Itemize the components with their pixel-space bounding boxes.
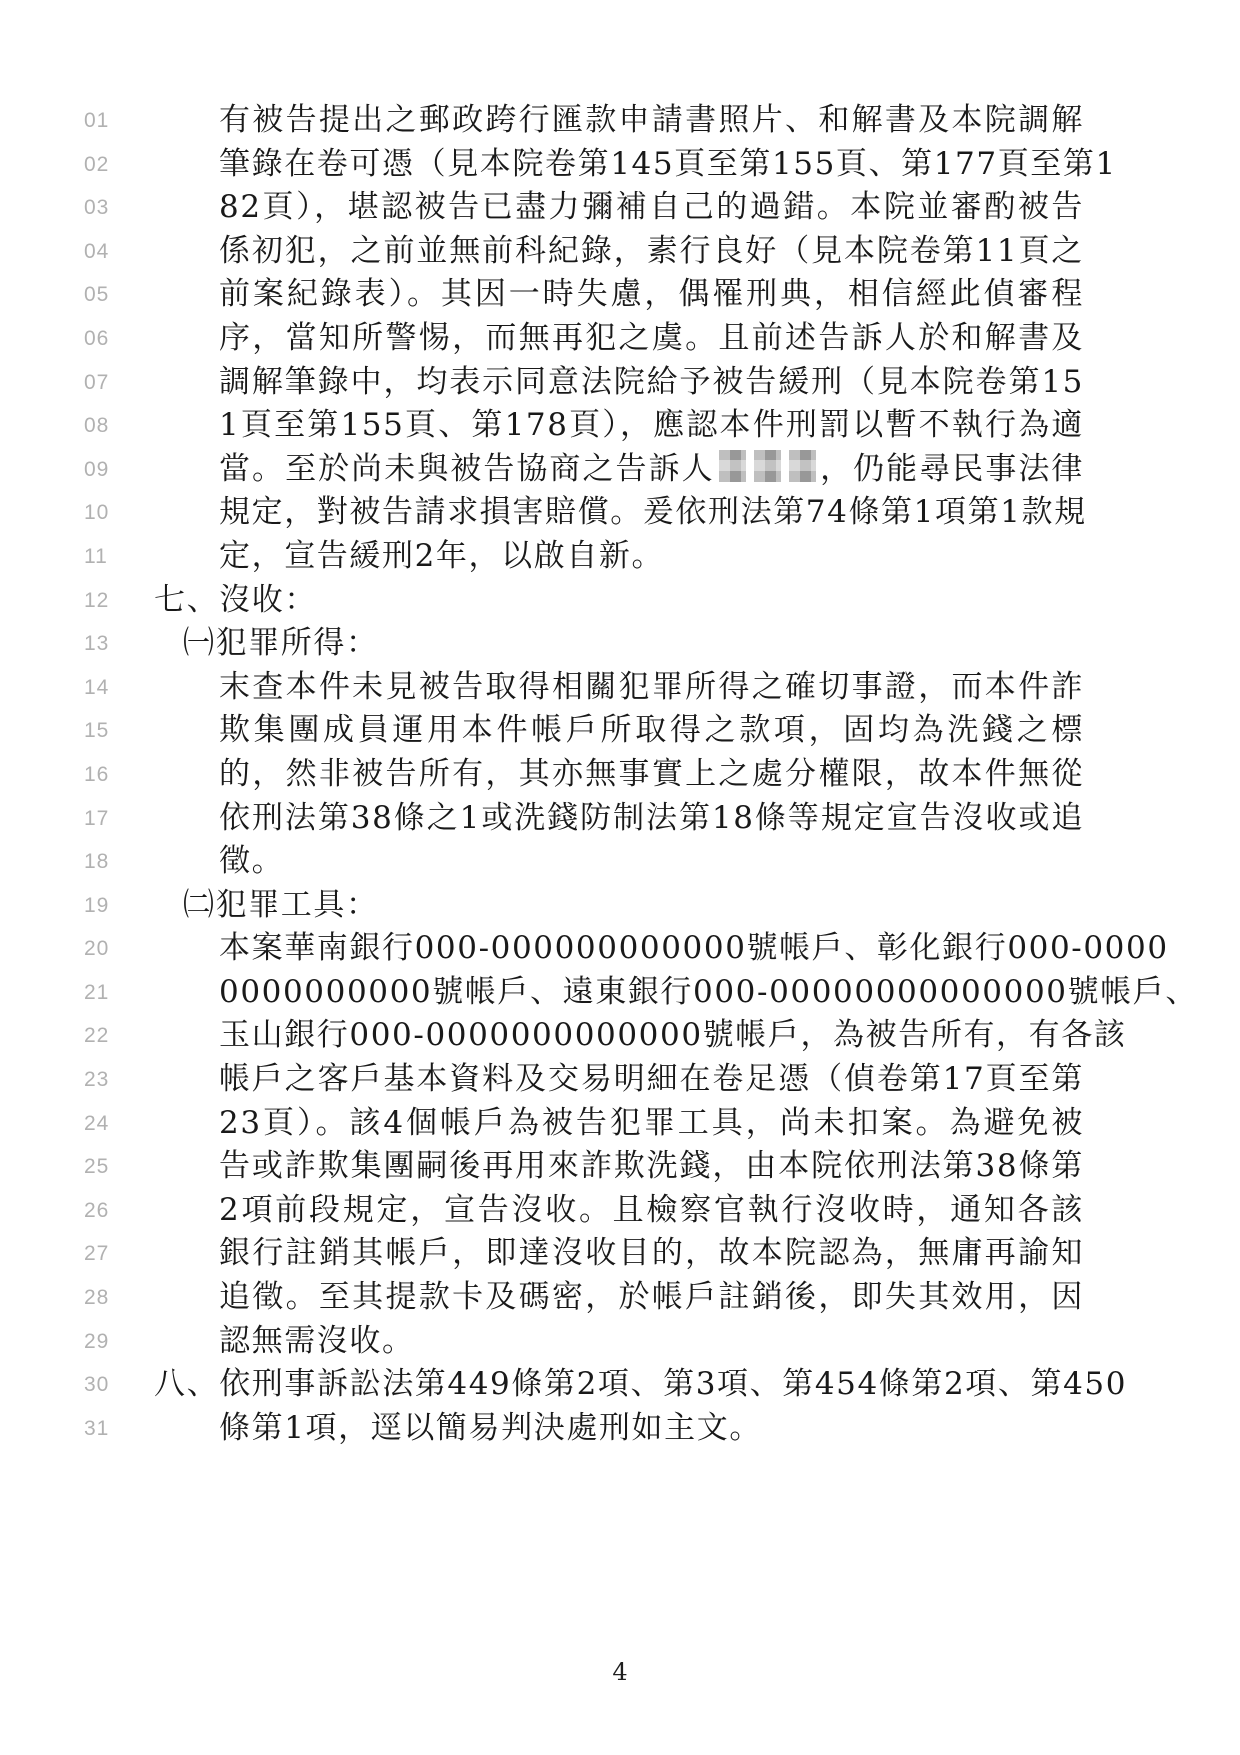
document-line: 30八、依刑事訴訟法第449條第2項、第3項、第454條第2項、第450 [0,1363,1240,1407]
line-text: 的，然非被告所有，其亦無事實上之處分權限，故本件無從 [219,753,1084,797]
line-number: 04 [84,230,109,274]
line-text: 筆錄在卷可憑（見本院卷第145頁至第155頁、第177頁至第1 [219,143,1084,187]
line-number: 10 [84,491,109,535]
document-line: 31條第1項，逕以簡易判決處刑如主文。 [0,1407,1240,1451]
document-line: 23帳戶之客戶基本資料及交易明細在卷足憑（偵卷第17頁至第 [0,1058,1240,1102]
document-line: 0382頁），堪認被告已盡力彌補自己的過錯。本院並審酌被告 [0,186,1240,230]
line-text: 欺集團成員運用本件帳戶所取得之款項，固均為洗錢之標 [219,709,1084,753]
line-number: 07 [84,361,109,405]
document-line: 2423頁）。該4個帳戶為被告犯罪工具，尚未扣案。為避免被 [0,1102,1240,1146]
line-number: 01 [84,99,109,143]
judgment-document-page: 01有被告提出之郵政跨行匯款申請書照片、和解書及本院調解02筆錄在卷可憑（見本院… [0,0,1240,1755]
line-number: 22 [84,1014,109,1058]
line-text: 告或詐欺集團嗣後再用來詐欺洗錢，由本院依刑法第38條第 [219,1145,1084,1189]
line-number: 26 [84,1189,109,1233]
line-text: 玉山銀行000-0000000000000號帳戶，為被告所有，有各該 [219,1014,1084,1058]
line-text-segment: 當。至於尚未與被告協商之告訴人 [219,451,715,487]
line-number: 02 [84,143,109,187]
line-text: 0000000000號帳戶、遠東銀行000-00000000000000號帳戶、 [219,971,1084,1015]
document-line: 18徵。 [0,840,1240,884]
line-number: 23 [84,1058,109,1102]
redacted-name-block [719,450,746,482]
line-number: 13 [84,622,109,666]
line-number: 12 [84,579,109,623]
line-text: 銀行註銷其帳戶，即達沒收目的，故本院認為，無庸再諭知 [219,1232,1084,1276]
line-text: 82頁），堪認被告已盡力彌補自己的過錯。本院並審酌被告 [219,186,1084,230]
document-line: 02筆錄在卷可憑（見本院卷第145頁至第155頁、第177頁至第1 [0,143,1240,187]
document-line: 262項前段規定，宣告沒收。且檢察官執行沒收時，通知各該 [0,1189,1240,1233]
line-number: 20 [84,927,109,971]
line-number: 05 [84,273,109,317]
line-text: 前案紀錄表）。其因一時失慮，偶罹刑典，相信經此偵審程 [219,273,1084,317]
line-text: 七、沒收： [154,579,317,623]
line-number: 30 [84,1363,109,1407]
line-text-segment: ，仍能尋民事法律 [820,451,1084,487]
line-number: 28 [84,1276,109,1320]
line-number: 19 [84,884,109,928]
line-text: 23頁）。該4個帳戶為被告犯罪工具，尚未扣案。為避免被 [219,1102,1084,1146]
line-number: 11 [84,535,108,579]
redacted-name-block [789,450,816,482]
line-text: 定，宣告緩刑2年，以啟自新。 [219,535,664,579]
line-number: 17 [84,797,109,841]
document-lines-container: 01有被告提出之郵政跨行匯款申請書照片、和解書及本院調解02筆錄在卷可憑（見本院… [0,99,1240,1450]
line-text: 追徵。至其提款卡及碼密，於帳戶註銷後，即失其效用，因 [219,1276,1084,1320]
document-line: 22玉山銀行000-0000000000000號帳戶，為被告所有，有各該 [0,1014,1240,1058]
line-number: 24 [84,1102,109,1146]
line-text: 調解筆錄中，均表示同意法院給予被告緩刑（見本院卷第15 [219,361,1084,405]
line-text: 八、依刑事訴訟法第449條第2項、第3項、第454條第2項、第450 [154,1363,1084,1407]
document-line: 28追徵。至其提款卡及碼密，於帳戶註銷後，即失其效用，因 [0,1276,1240,1320]
line-number: 08 [84,404,109,448]
document-line: 13㈠犯罪所得： [0,622,1240,666]
document-line: 11定，宣告緩刑2年，以啟自新。 [0,535,1240,579]
line-text: 依刑法第38條之1或洗錢防制法第18條等規定宣告沒收或追 [219,797,1084,841]
document-line: 17依刑法第38條之1或洗錢防制法第18條等規定宣告沒收或追 [0,797,1240,841]
document-line: 10規定，對被告請求損害賠償。爰依刑法第74條第1項第1款規 [0,491,1240,535]
line-text: 1頁至第155頁、第178頁），應認本件刑罰以暫不執行為適 [219,404,1084,448]
line-number: 18 [84,840,109,884]
document-line: 09當。至於尚未與被告協商之告訴人，仍能尋民事法律 [0,448,1240,492]
line-text: 係初犯，之前並無前科紀錄，素行良好（見本院卷第11頁之 [219,230,1084,274]
document-line: 19㈡犯罪工具： [0,884,1240,928]
line-text: 序，當知所警惕，而無再犯之虞。且前述告訴人於和解書及 [219,317,1084,361]
line-number: 31 [84,1407,109,1451]
line-text: 帳戶之客戶基本資料及交易明細在卷足憑（偵卷第17頁至第 [219,1058,1084,1102]
line-number: 16 [84,753,109,797]
line-number: 14 [84,666,109,710]
line-number: 03 [84,186,109,230]
document-line: 210000000000號帳戶、遠東銀行000-00000000000000號帳… [0,971,1240,1015]
page-number: 4 [0,1658,1240,1686]
line-text: 當。至於尚未與被告協商之告訴人，仍能尋民事法律 [219,448,1084,492]
document-line: 06序，當知所警惕，而無再犯之虞。且前述告訴人於和解書及 [0,317,1240,361]
document-line: 20本案華南銀行000-000000000000號帳戶、彰化銀行000-0000 [0,927,1240,971]
document-line: 01有被告提出之郵政跨行匯款申請書照片、和解書及本院調解 [0,99,1240,143]
document-line: 05前案紀錄表）。其因一時失慮，偶罹刑典，相信經此偵審程 [0,273,1240,317]
document-line: 12七、沒收： [0,579,1240,623]
document-line: 25告或詐欺集團嗣後再用來詐欺洗錢，由本院依刑法第38條第 [0,1145,1240,1189]
document-line: 04係初犯，之前並無前科紀錄，素行良好（見本院卷第11頁之 [0,230,1240,274]
document-line: 29認無需沒收。 [0,1320,1240,1364]
document-line: 27銀行註銷其帳戶，即達沒收目的，故本院認為，無庸再諭知 [0,1232,1240,1276]
line-number: 25 [84,1145,109,1189]
redacted-name-block [754,450,781,482]
line-text: 認無需沒收。 [219,1320,415,1364]
line-text: 有被告提出之郵政跨行匯款申請書照片、和解書及本院調解 [219,99,1084,143]
line-number: 27 [84,1232,109,1276]
line-number: 09 [84,448,109,492]
line-number: 15 [84,709,109,753]
line-number: 06 [84,317,109,361]
line-text: ㈠犯罪所得： [183,622,379,666]
document-line: 15欺集團成員運用本件帳戶所取得之款項，固均為洗錢之標 [0,709,1240,753]
line-text: 徵。 [219,840,284,884]
document-line: 14末查本件未見被告取得相關犯罪所得之確切事證，而本件詐 [0,666,1240,710]
line-text: 2項前段規定，宣告沒收。且檢察官執行沒收時，通知各該 [219,1189,1084,1233]
line-text: ㈡犯罪工具： [183,884,379,928]
line-text: 本案華南銀行000-000000000000號帳戶、彰化銀行000-0000 [219,927,1084,971]
line-text: 條第1項，逕以簡易判決處刑如主文。 [219,1407,762,1451]
line-text: 規定，對被告請求損害賠償。爰依刑法第74條第1項第1款規 [219,491,1084,535]
line-text: 末查本件未見被告取得相關犯罪所得之確切事證，而本件詐 [219,666,1084,710]
line-number: 21 [84,971,109,1015]
document-line: 16的，然非被告所有，其亦無事實上之處分權限，故本件無從 [0,753,1240,797]
line-number: 29 [84,1320,109,1364]
document-line: 07調解筆錄中，均表示同意法院給予被告緩刑（見本院卷第15 [0,361,1240,405]
document-line: 081頁至第155頁、第178頁），應認本件刑罰以暫不執行為適 [0,404,1240,448]
